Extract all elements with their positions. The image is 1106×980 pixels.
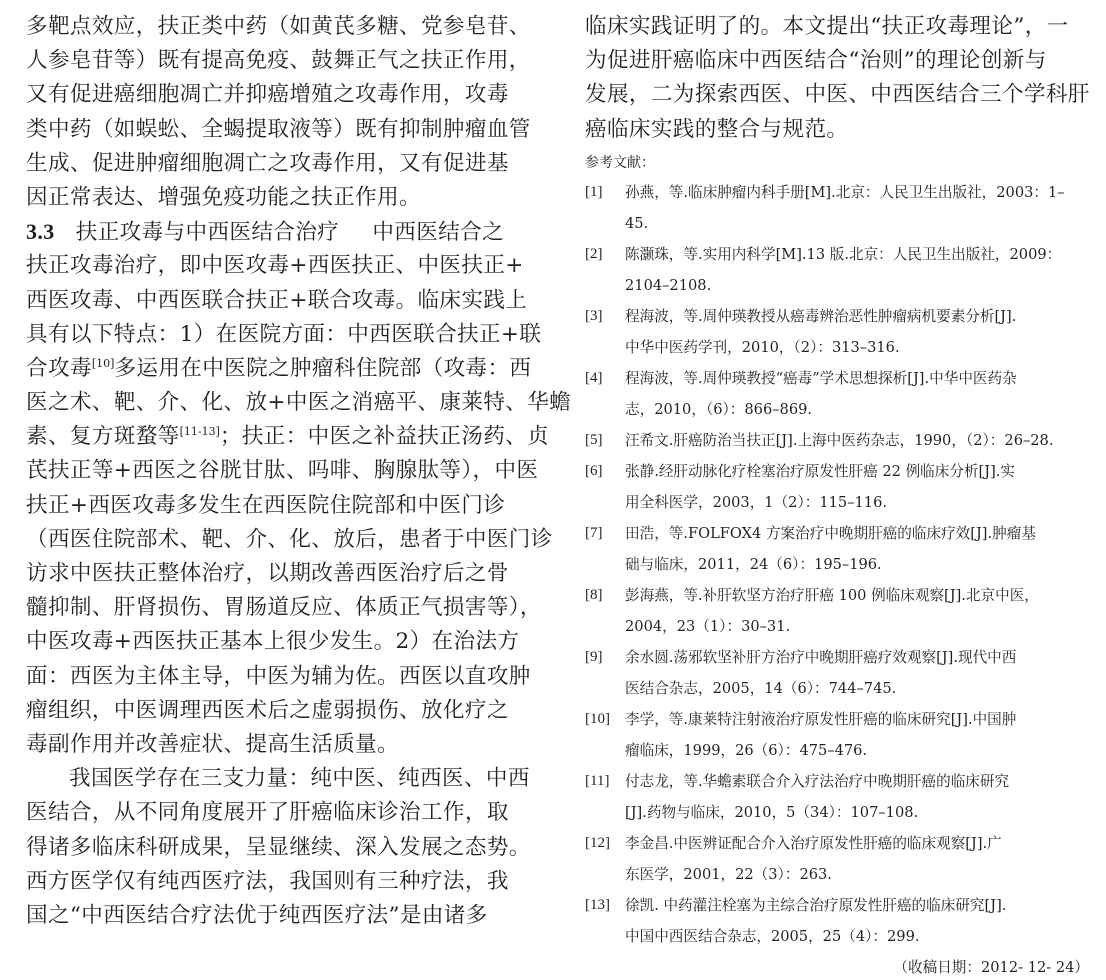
reference-number: [3]	[585, 301, 603, 332]
reference-number: [7]	[585, 518, 603, 549]
section-title: 扶正攻毒与中西医结合治疗	[76, 220, 339, 245]
reference-text: 医结合杂志，2005，14（6）：744–745.	[625, 673, 1093, 704]
body-line: 瘤组织，中医调理西医术后之虚弱损伤、放化疗之	[26, 694, 536, 728]
references-heading: 参考文献：	[585, 149, 1093, 177]
body-line-with-citation: 素、复方斑蝥等[11-13]；扶正：中医之补益扶正汤药、贞	[26, 420, 536, 454]
reference-number: [12]	[585, 828, 610, 859]
reference-number: [11]	[585, 766, 609, 797]
body-line: 因正常表达、增强免疫功能之扶正作用。	[26, 181, 536, 215]
reference-text: 瘤临床，1999，26（6）：475–476.	[625, 735, 1093, 766]
reference-list: [1] 孙燕，等.临床肿瘤内科手册[M].北京：人民卫生出版社，2003：1– …	[585, 177, 1093, 952]
body-line: 为促进肝癌临床中西医结合“治则”的理论创新与	[585, 44, 1093, 78]
reference-item: [11] 付志龙，等.华蟾素联合介入疗法治疗中晚期肝癌的临床研究 [J].药物与…	[585, 766, 1093, 828]
text-segment: 合攻毒	[26, 356, 92, 381]
reference-item: [13] 徐凯. 中药灌注栓塞为主综合治疗原发性肝癌的临床研究[J]. 中国中西…	[585, 890, 1093, 952]
reference-number: [8]	[585, 580, 603, 611]
body-line: 多靶点效应，扶正类中药（如黄芪多糖、党参皂苷、	[26, 10, 536, 44]
body-line: 生成、促进肿瘤细胞凋亡之攻毒作用，又有促进基	[26, 147, 536, 181]
body-line: 中医攻毒+西医扶正基本上很少发生。2）在治法方	[26, 625, 536, 659]
body-line: 访求中医扶正整体治疗，以期改善西医治疗后之骨	[26, 557, 536, 591]
reference-text: 孙燕，等.临床肿瘤内科手册[M].北京：人民卫生出版社，2003：1–	[625, 177, 1093, 208]
reference-item: [3] 程海波，等.周仲瑛教授从癌毒辨治恶性肿瘤病机要素分析[J]. 中华中医药…	[585, 301, 1093, 363]
body-line: 面：西医为主体主导，中医为辅为佐。西医以直攻肿	[26, 660, 536, 694]
body-line: 扶正攻毒治疗，即中医攻毒+西医扶正、中医扶正+	[26, 249, 536, 283]
body-line: 西方医学仅有纯西医疗法，我国则有三种疗法，我	[26, 865, 536, 899]
body-line: 医结合，从不同角度展开了肝癌临床诊治工作，取	[26, 796, 536, 830]
reference-text: 用全科医学，2003，1（2）：115–116.	[625, 487, 1093, 518]
body-line: 又有促进癌细胞凋亡并抑癌增殖之攻毒作用，攻毒	[26, 78, 536, 112]
reference-item: [9] 余水圆.荡邪软坚补肝方治疗中晚期肝癌疗效观察[J].现代中西 医结合杂志…	[585, 642, 1093, 704]
reference-number: [5]	[585, 425, 603, 456]
body-line: 医之术、靶、介、化、放+中医之消癌平、康莱特、华蟾	[26, 386, 536, 420]
reference-text: 彭海燕，等.补肝软坚方治疗肝癌 100 例临床观察[J].北京中医，	[625, 580, 1093, 611]
reference-item: [4] 程海波，等.周仲瑛教授“癌毒”学术思想探析[J].中华中医药杂 志，20…	[585, 363, 1093, 425]
reference-number: [9]	[585, 642, 603, 673]
reference-text: 2104–2108.	[625, 270, 1093, 301]
reference-number: [6]	[585, 456, 603, 487]
body-line: 发展，二为探索西医、中医、中西医结合三个学科肝	[585, 78, 1093, 112]
reference-text: 张静.经肝动脉化疗栓塞治疗原发性肝癌 22 例临床分析[J].实	[625, 456, 1093, 487]
reference-item: [1] 孙燕，等.临床肿瘤内科手册[M].北京：人民卫生出版社，2003：1– …	[585, 177, 1093, 239]
reference-text: 余水圆.荡邪软坚补肝方治疗中晚期肝癌疗效观察[J].现代中西	[625, 642, 1093, 673]
citation-link[interactable]: [10]	[92, 357, 115, 370]
section-number: 3.3	[26, 219, 55, 244]
reference-text: 中华中医药学刊，2010，（2）：313–316.	[625, 332, 1093, 363]
reference-item: [2] 陈灏珠，等.实用内科学[M].13 版.北京：人民卫生出版社，2009：…	[585, 239, 1093, 301]
reference-number: [13]	[585, 890, 610, 921]
reference-number: [4]	[585, 363, 603, 394]
reference-text: 2004，23（1）：30–31.	[625, 611, 1093, 642]
reference-item: [10] 李学，等.康莱特注射液治疗原发性肝癌的临床研究[J].中国肿 瘤临床，…	[585, 704, 1093, 766]
received-date: （收稿日期：2012- 12- 24）	[585, 952, 1093, 980]
reference-text: 付志龙，等.华蟾素联合介入疗法治疗中晚期肝癌的临床研究	[625, 766, 1093, 797]
left-column: 多靶点效应，扶正类中药（如黄芪多糖、党参皂苷、 人参皂苷等）既有提高免疫、鼓舞正…	[26, 0, 536, 933]
paragraph-first-line: 我国医学存在三支力量：纯中医、纯西医、中西	[26, 762, 536, 796]
reference-number: [10]	[585, 704, 610, 735]
reference-item: [5] 汪希文.肝癌防治当扶正[J].上海中医药杂志，1990，（2）：26–2…	[585, 425, 1093, 456]
reference-text: 汪希文.肝癌防治当扶正[J].上海中医药杂志，1990，（2）：26–28.	[625, 425, 1093, 456]
reference-text: 徐凯. 中药灌注栓塞为主综合治疗原发性肝癌的临床研究[J].	[625, 890, 1093, 921]
body-line: 扶正+西医攻毒多发生在西医院住院部和中医门诊	[26, 489, 536, 523]
body-line: 得诸多临床科研成果，呈显继续、深入发展之态势。	[26, 831, 536, 865]
body-line: 毒副作用并改善症状、提高生活质量。	[26, 728, 536, 762]
reference-number: [2]	[585, 239, 603, 270]
citation-link[interactable]: [11-13]	[180, 425, 220, 438]
right-column: 临床实践证明了的。本文提出“扶正攻毒理论”，一 为促进肝癌临床中西医结合“治则”…	[585, 0, 1093, 980]
text-segment: ；扶正：中医之补益扶正汤药、贞	[220, 424, 549, 449]
reference-item: [8] 彭海燕，等.补肝软坚方治疗肝癌 100 例临床观察[J].北京中医， 2…	[585, 580, 1093, 642]
text-segment: 素、复方斑蝥等	[26, 424, 180, 449]
body-line: 髓抑制、肝肾损伤、胃肠道反应、体质正气损害等），	[26, 591, 536, 625]
reference-text: 志，2010，（6）：866–869.	[625, 394, 1093, 425]
body-line: 癌临床实践的整合与规范。	[585, 113, 1093, 147]
reference-text: 东医学，2001，22（3）：263.	[625, 859, 1093, 890]
reference-text: 础与临床，2011，24（6）：195–196.	[625, 549, 1093, 580]
reference-number: [1]	[585, 177, 603, 208]
reference-text: 陈灏珠，等.实用内科学[M].13 版.北京：人民卫生出版社，2009：	[625, 239, 1093, 270]
reference-text: 程海波，等.周仲瑛教授“癌毒”学术思想探析[J].中华中医药杂	[625, 363, 1093, 394]
reference-item: [6] 张静.经肝动脉化疗栓塞治疗原发性肝癌 22 例临床分析[J].实 用全科…	[585, 456, 1093, 518]
body-line: 临床实践证明了的。本文提出“扶正攻毒理论”，一	[585, 10, 1093, 44]
section-first-line-text: 中西医结合之	[372, 220, 504, 245]
reference-text: 李学，等.康莱特注射液治疗原发性肝癌的临床研究[J].中国肿	[625, 704, 1093, 735]
reference-text: 田浩，等.FOLFOX4 方案治疗中晚期肝癌的临床疗效[J].肿瘤基	[625, 518, 1093, 549]
reference-item: [12] 李金昌.中医辨证配合介入治疗原发性肝癌的临床观察[J].广 东医学，2…	[585, 828, 1093, 890]
body-line: 人参皂苷等）既有提高免疫、鼓舞正气之扶正作用，	[26, 44, 536, 78]
body-line: （西医住院部术、靶、介、化、放后，患者于中医门诊	[26, 523, 536, 557]
reference-text: 中国中西医结合杂志，2005，25（4）：299.	[625, 921, 1093, 952]
conclusion-paragraph: 临床实践证明了的。本文提出“扶正攻毒理论”，一 为促进肝癌临床中西医结合“治则”…	[585, 10, 1093, 147]
body-line: 类中药（如蜈蚣、全蝎提取液等）既有抑制肿瘤血管	[26, 113, 536, 147]
reference-text: [J].药物与临床，2010，5（34）：107–108.	[625, 797, 1093, 828]
section-heading-3-3: 3.3 扶正攻毒与中西医结合治疗 中西医结合之	[26, 215, 536, 249]
body-line: 国之“中西医结合疗法优于纯西医疗法”是由诸多	[26, 899, 536, 933]
body-line: 具有以下特点：1）在医院方面：中西医联合扶正+联	[26, 318, 536, 352]
reference-text: 程海波，等.周仲瑛教授从癌毒辨治恶性肿瘤病机要素分析[J].	[625, 301, 1093, 332]
body-line: 西医攻毒、中西医联合扶正+联合攻毒。临床实践上	[26, 284, 536, 318]
reference-text: 李金昌.中医辨证配合介入治疗原发性肝癌的临床观察[J].广	[625, 828, 1093, 859]
text-segment: 多运用在中医院之肿瘤科住院部（攻毒：西	[114, 356, 531, 381]
body-line-with-citation: 合攻毒[10]多运用在中医院之肿瘤科住院部（攻毒：西	[26, 352, 536, 386]
body-line: 芪扶正等+西医之谷胱甘肽、吗啡、胸腺肽等），中医	[26, 454, 536, 488]
reference-item: [7] 田浩，等.FOLFOX4 方案治疗中晚期肝癌的临床疗效[J].肿瘤基 础…	[585, 518, 1093, 580]
reference-text: 45.	[625, 208, 1093, 239]
